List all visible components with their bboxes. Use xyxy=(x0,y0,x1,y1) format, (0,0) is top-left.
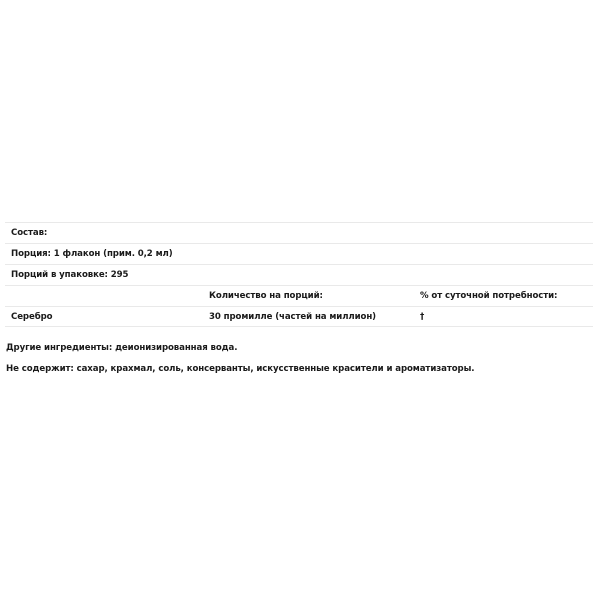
facts-title-row: Состав: xyxy=(5,222,593,243)
servings-per-container: Порций в упаковке: 295 xyxy=(11,265,128,286)
servings-per-container-row: Порций в упаковке: 295 xyxy=(5,264,593,285)
does-not-contain: Не содержит: сахар, крахмал, соль, консе… xyxy=(6,359,594,380)
serving-size-row: Порция: 1 флакон (прим. 0,2 мл) xyxy=(5,243,593,264)
ingredient-daily-value: † xyxy=(420,307,424,328)
supplement-facts-table: Состав: Порция: 1 флакон (прим. 0,2 мл) … xyxy=(5,222,593,327)
table-header-row: Количество на порций: % от суточной потр… xyxy=(5,285,593,306)
ingredient-amount: 30 промилле (частей на миллион) xyxy=(209,307,376,328)
ingredient-name: Серебро xyxy=(11,307,52,328)
other-ingredients: Другие ингредиенты: деионизированная вод… xyxy=(6,338,594,359)
facts-title: Состав: xyxy=(11,223,47,244)
table-row: Серебро 30 промилле (частей на миллион) … xyxy=(5,306,593,327)
ingredient-notes: Другие ингредиенты: деионизированная вод… xyxy=(6,338,594,380)
column-header-daily-value: % от суточной потребности: xyxy=(420,286,557,307)
column-header-amount: Количество на порций: xyxy=(209,286,323,307)
serving-size: Порция: 1 флакон (прим. 0,2 мл) xyxy=(11,244,173,265)
